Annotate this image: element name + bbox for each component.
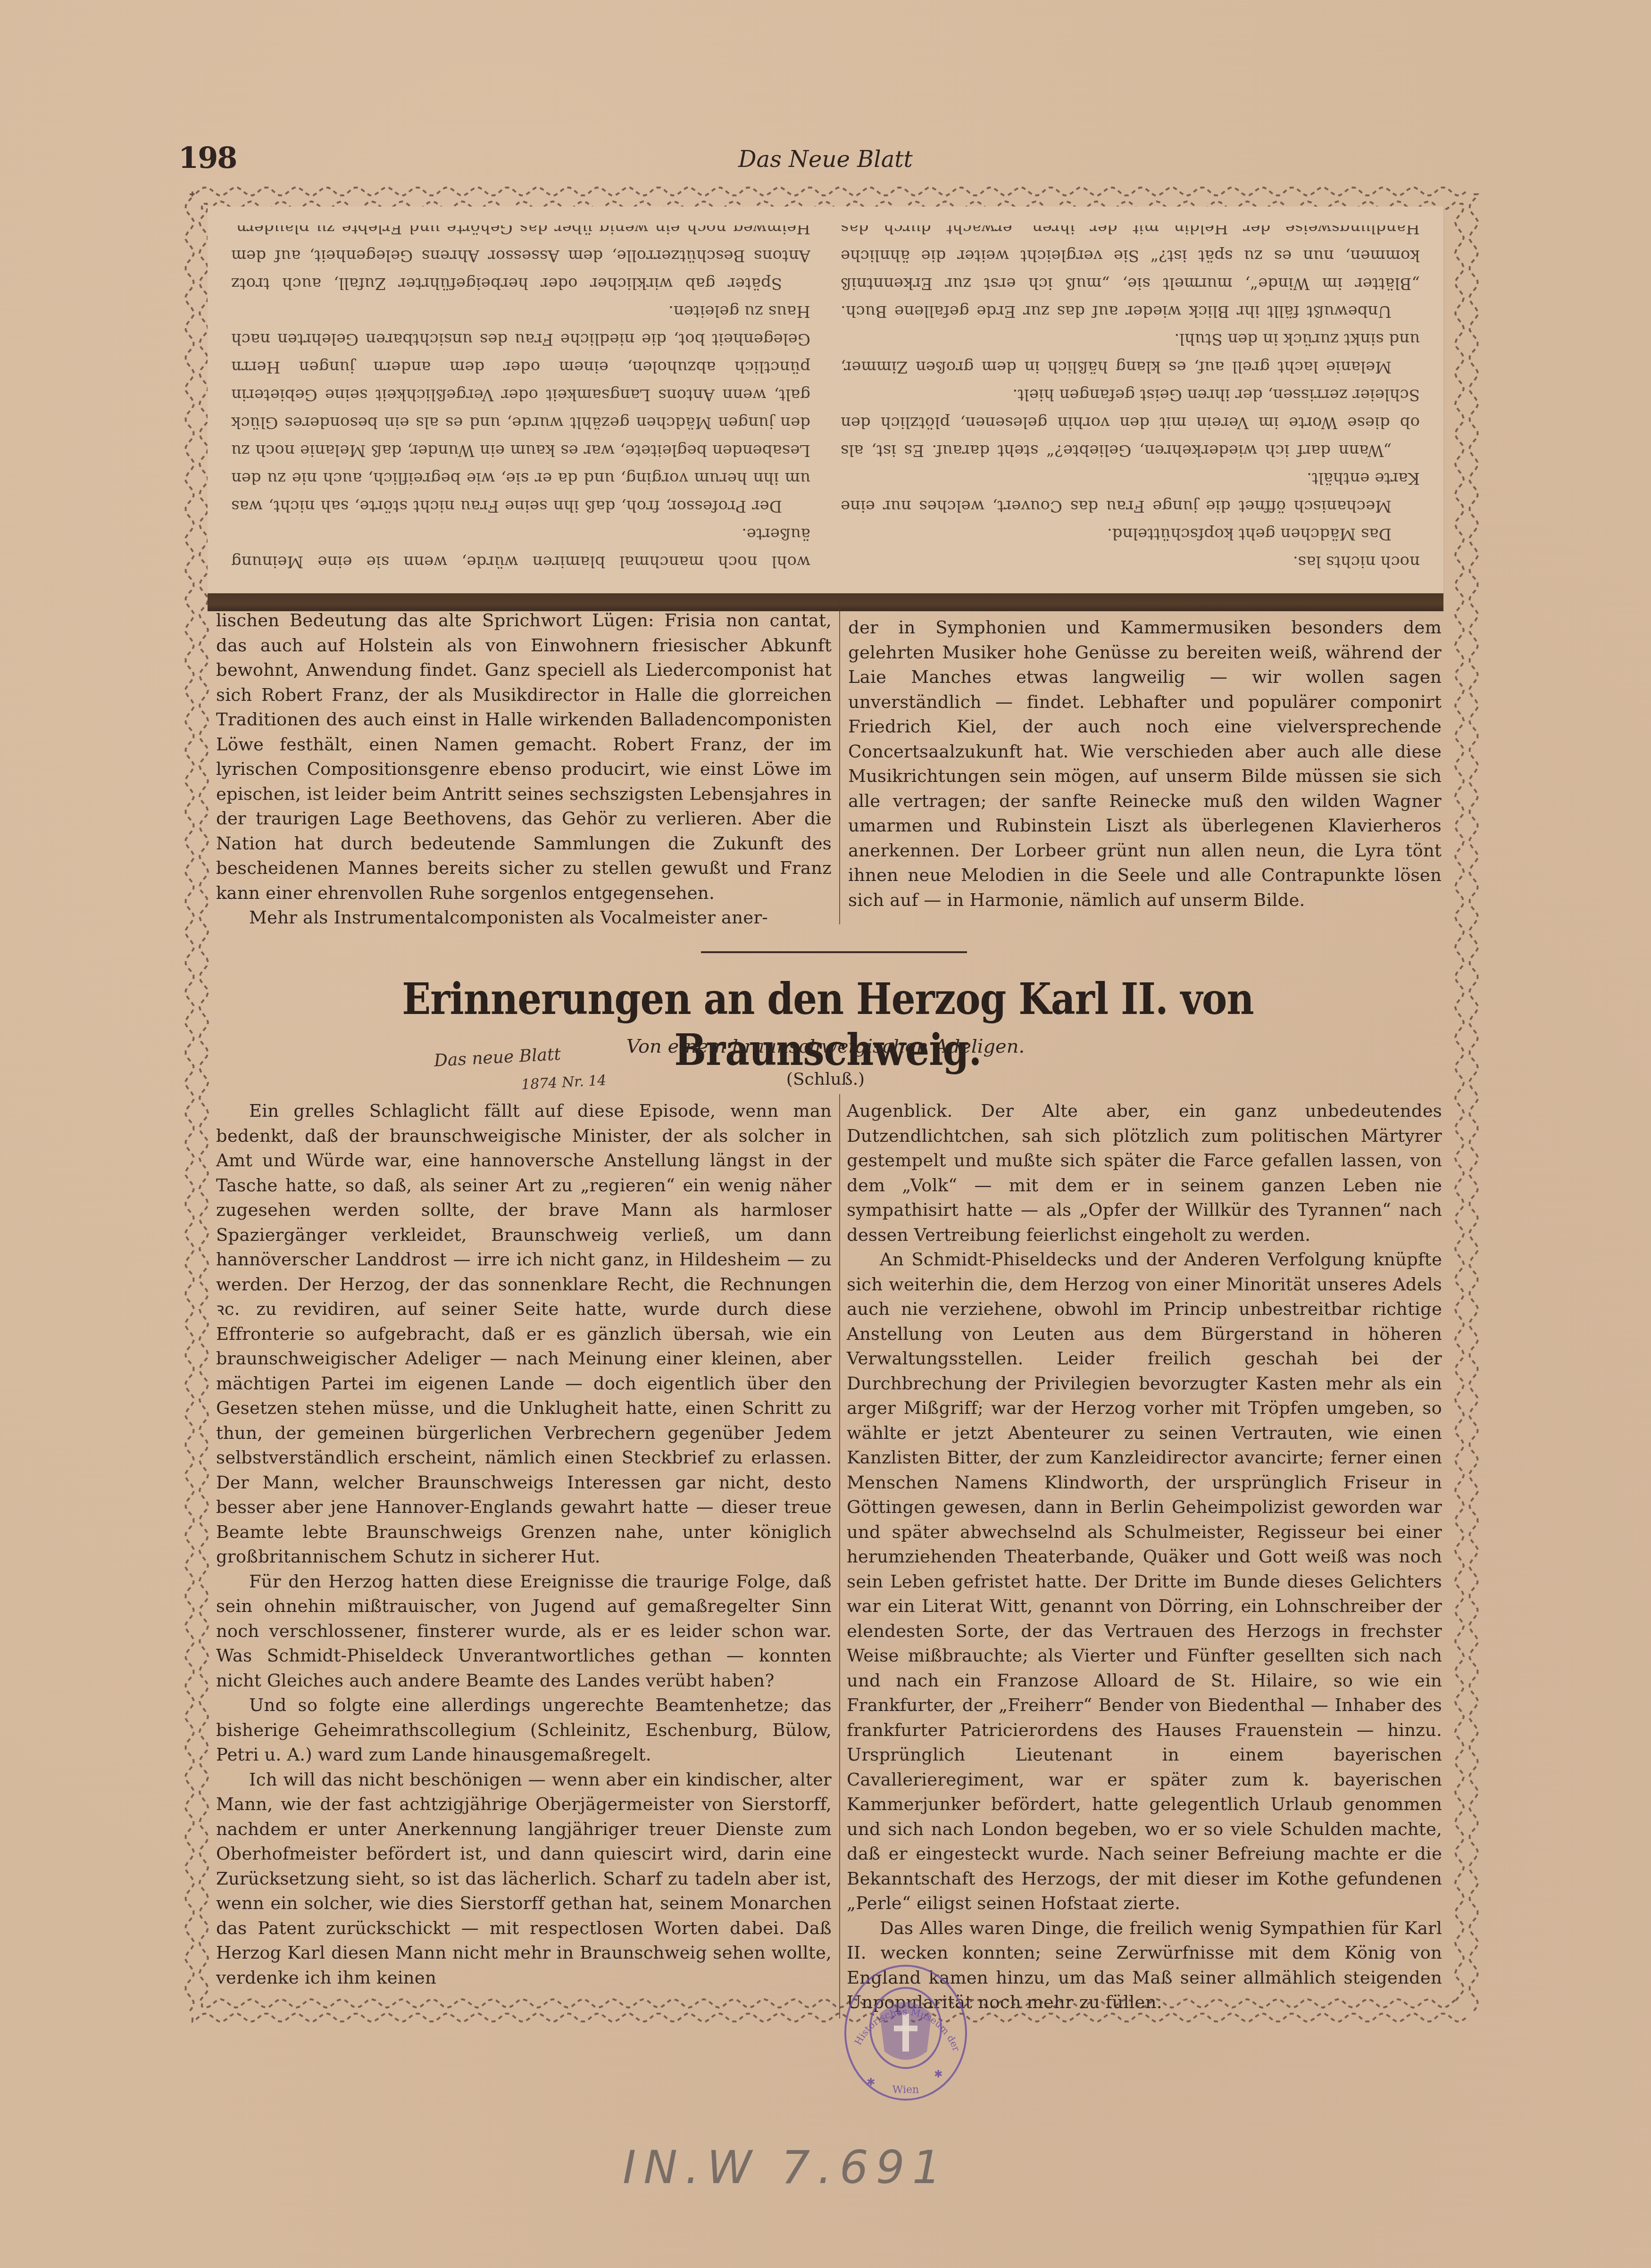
paragraph: Für den Herzog hatten diese Ereignisse d… (216, 1570, 832, 1694)
article-subtitle: Von einem braunschweigischen Adeligen. (590, 1036, 1061, 1057)
paragraph: Das Mädchen geht kopfschüttelnd. (841, 520, 1420, 548)
paragraph: Melanie lacht grell auf, es klang häßlic… (841, 325, 1420, 381)
running-title: Das Neue Blatt (708, 146, 943, 173)
inverted-clipping: noch nichts las.Das Mädchen geht kopfsch… (208, 207, 1444, 593)
paragraph: noch nichts las. (841, 548, 1420, 575)
paragraph: Ein grelles Schlaglicht fällt auf diese … (216, 1099, 832, 1570)
paragraph: An Schmidt-Phiseldecks und der Anderen V… (847, 1247, 1442, 1916)
paragraph: der in Symphonien und Kammermusiken beso… (848, 615, 1442, 913)
paragraph: „Wann darf ich wiederkehren, Geliebte?“ … (841, 381, 1420, 464)
svg-text:✱: ✱ (867, 2077, 875, 2088)
paragraph: Der Professor, froh, daß ihn seine Frau … (231, 297, 810, 520)
paragraph: Mehr als Instrumentalcomponisten als Voc… (216, 906, 832, 930)
previous-article-right-column: der in Symphonien und Kammermusiken beso… (848, 615, 1442, 913)
svg-text:✱: ✱ (934, 2069, 942, 2080)
paragraph: Unbewußt fällt ihr Blick wieder auf das … (841, 225, 1420, 325)
column-divider (839, 1094, 840, 2019)
catalog-number: IN.W 7.691 (623, 2141, 949, 2194)
inverted-right-column: wohl noch manchmal blamiren würde, wenn … (231, 225, 810, 575)
paragraph: Ich will das nicht beschönigen — wenn ab… (216, 1768, 832, 1991)
section-divider (701, 951, 967, 953)
article-continuation-note: (Schluß.) (731, 1070, 920, 1089)
column-divider (839, 599, 840, 924)
paragraph: lischen Bedeutung das alte Sprichwort Lü… (216, 608, 832, 906)
svg-text:Wien: Wien (892, 2084, 919, 2096)
previous-article-left-column: lischen Bedeutung das alte Sprichwort Lü… (216, 608, 832, 930)
paragraph: Mechanisch öffnet die junge Frau das Cou… (841, 464, 1420, 520)
page-number: 198 (178, 141, 236, 175)
inverted-left-column: noch nichts las.Das Mädchen geht kopfsch… (841, 225, 1420, 575)
paragraph: Und so folgte eine allerdings ungerechte… (216, 1693, 832, 1768)
article-right-column: Augenblick. Der Alte aber, ein ganz unbe… (847, 1099, 1442, 2015)
paragraph: wohl noch manchmal blamiren würde, wenn … (231, 520, 810, 575)
paragraph: Augenblick. Der Alte aber, ein ganz unbe… (847, 1099, 1442, 1247)
paragraph: Später gab wirklicher oder herbeigeführt… (231, 225, 810, 297)
museum-stamp: ✱ ✱ Wien Historisches Museum der Stadt (842, 1962, 969, 2103)
article-left-column: Ein grelles Schlaglicht fällt auf diese … (216, 1099, 832, 1990)
